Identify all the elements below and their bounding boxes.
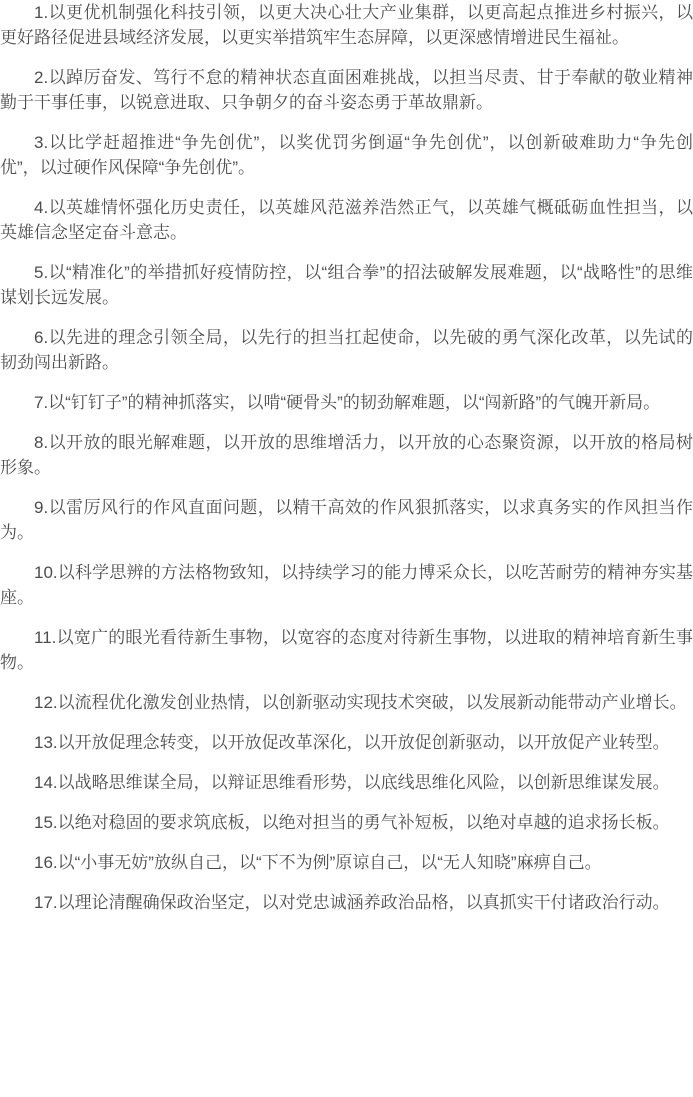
- paragraph-8: 8.以开放的眼光解难题，以开放的思维增活力，以开放的心态聚资源，以开放的格局树形…: [0, 430, 693, 480]
- paragraph-14: 14.以战略思维谋全局，以辩证思维看形势，以底线思维化风险，以创新思维谋发展。: [0, 770, 693, 795]
- paragraph-15: 15.以绝对稳固的要求筑底板，以绝对担当的勇气补短板，以绝对卓越的追求扬长板。: [0, 810, 693, 835]
- paragraph-5: 5.以“精准化”的举措抓好疫情防控，以“组合拳”的招法破解发展难题，以“战略性”…: [0, 260, 693, 310]
- paragraph-1: 1.以更优机制强化科技引领，以更大决心壮大产业集群，以更高起点推进乡村振兴，以更…: [0, 0, 693, 50]
- paragraph-6: 6.以先进的理念引领全局，以先行的担当扛起使命，以先破的勇气深化改革，以先试的韧…: [0, 325, 693, 375]
- paragraph-16: 16.以“小事无妨”放纵自己，以“下不为例”原谅自己，以“无人知晓”麻痹自己。: [0, 850, 693, 875]
- paragraph-11: 11.以宽广的眼光看待新生事物，以宽容的态度对待新生事物，以进取的精神培育新生事…: [0, 625, 693, 675]
- paragraph-9: 9.以雷厉风行的作风直面问题，以精干高效的作风狠抓落实，以求真务实的作风担当作为…: [0, 495, 693, 545]
- paragraph-12: 12.以流程优化激发创业热情，以创新驱动实现技术突破，以发展新动能带动产业增长。: [0, 690, 693, 715]
- paragraph-17: 17.以理论清醒确保政治坚定，以对党忠诚涵养政治品格，以真抓实干付诸政治行动。: [0, 890, 693, 915]
- paragraph-4: 4.以英雄情怀强化历史责任，以英雄风范滋养浩然正气，以英雄气概砥砺血性担当，以英…: [0, 195, 693, 245]
- paragraph-3: 3.以比学赶超推进“争先创优”，以奖优罚劣倒逼“争先创优”，以创新破难助力“争先…: [0, 130, 693, 180]
- paragraph-13: 13.以开放促理念转变，以开放促改革深化，以开放促创新驱动，以开放促产业转型。: [0, 730, 693, 755]
- paragraph-2: 2.以踔厉奋发、笃行不怠的精神状态直面困难挑战，以担当尽责、甘于奉献的敬业精神勤…: [0, 65, 693, 115]
- document-body: 1.以更优机制强化科技引领，以更大决心壮大产业集群，以更高起点推进乡村振兴，以更…: [0, 0, 693, 915]
- paragraph-10: 10.以科学思辨的方法格物致知，以持续学习的能力博采众长，以吃苦耐劳的精神夯实基…: [0, 560, 693, 610]
- paragraph-7: 7.以“钉钉子”的精神抓落实，以啃“硬骨头”的韧劲解难题，以“闯新路”的气魄开新…: [0, 390, 693, 415]
